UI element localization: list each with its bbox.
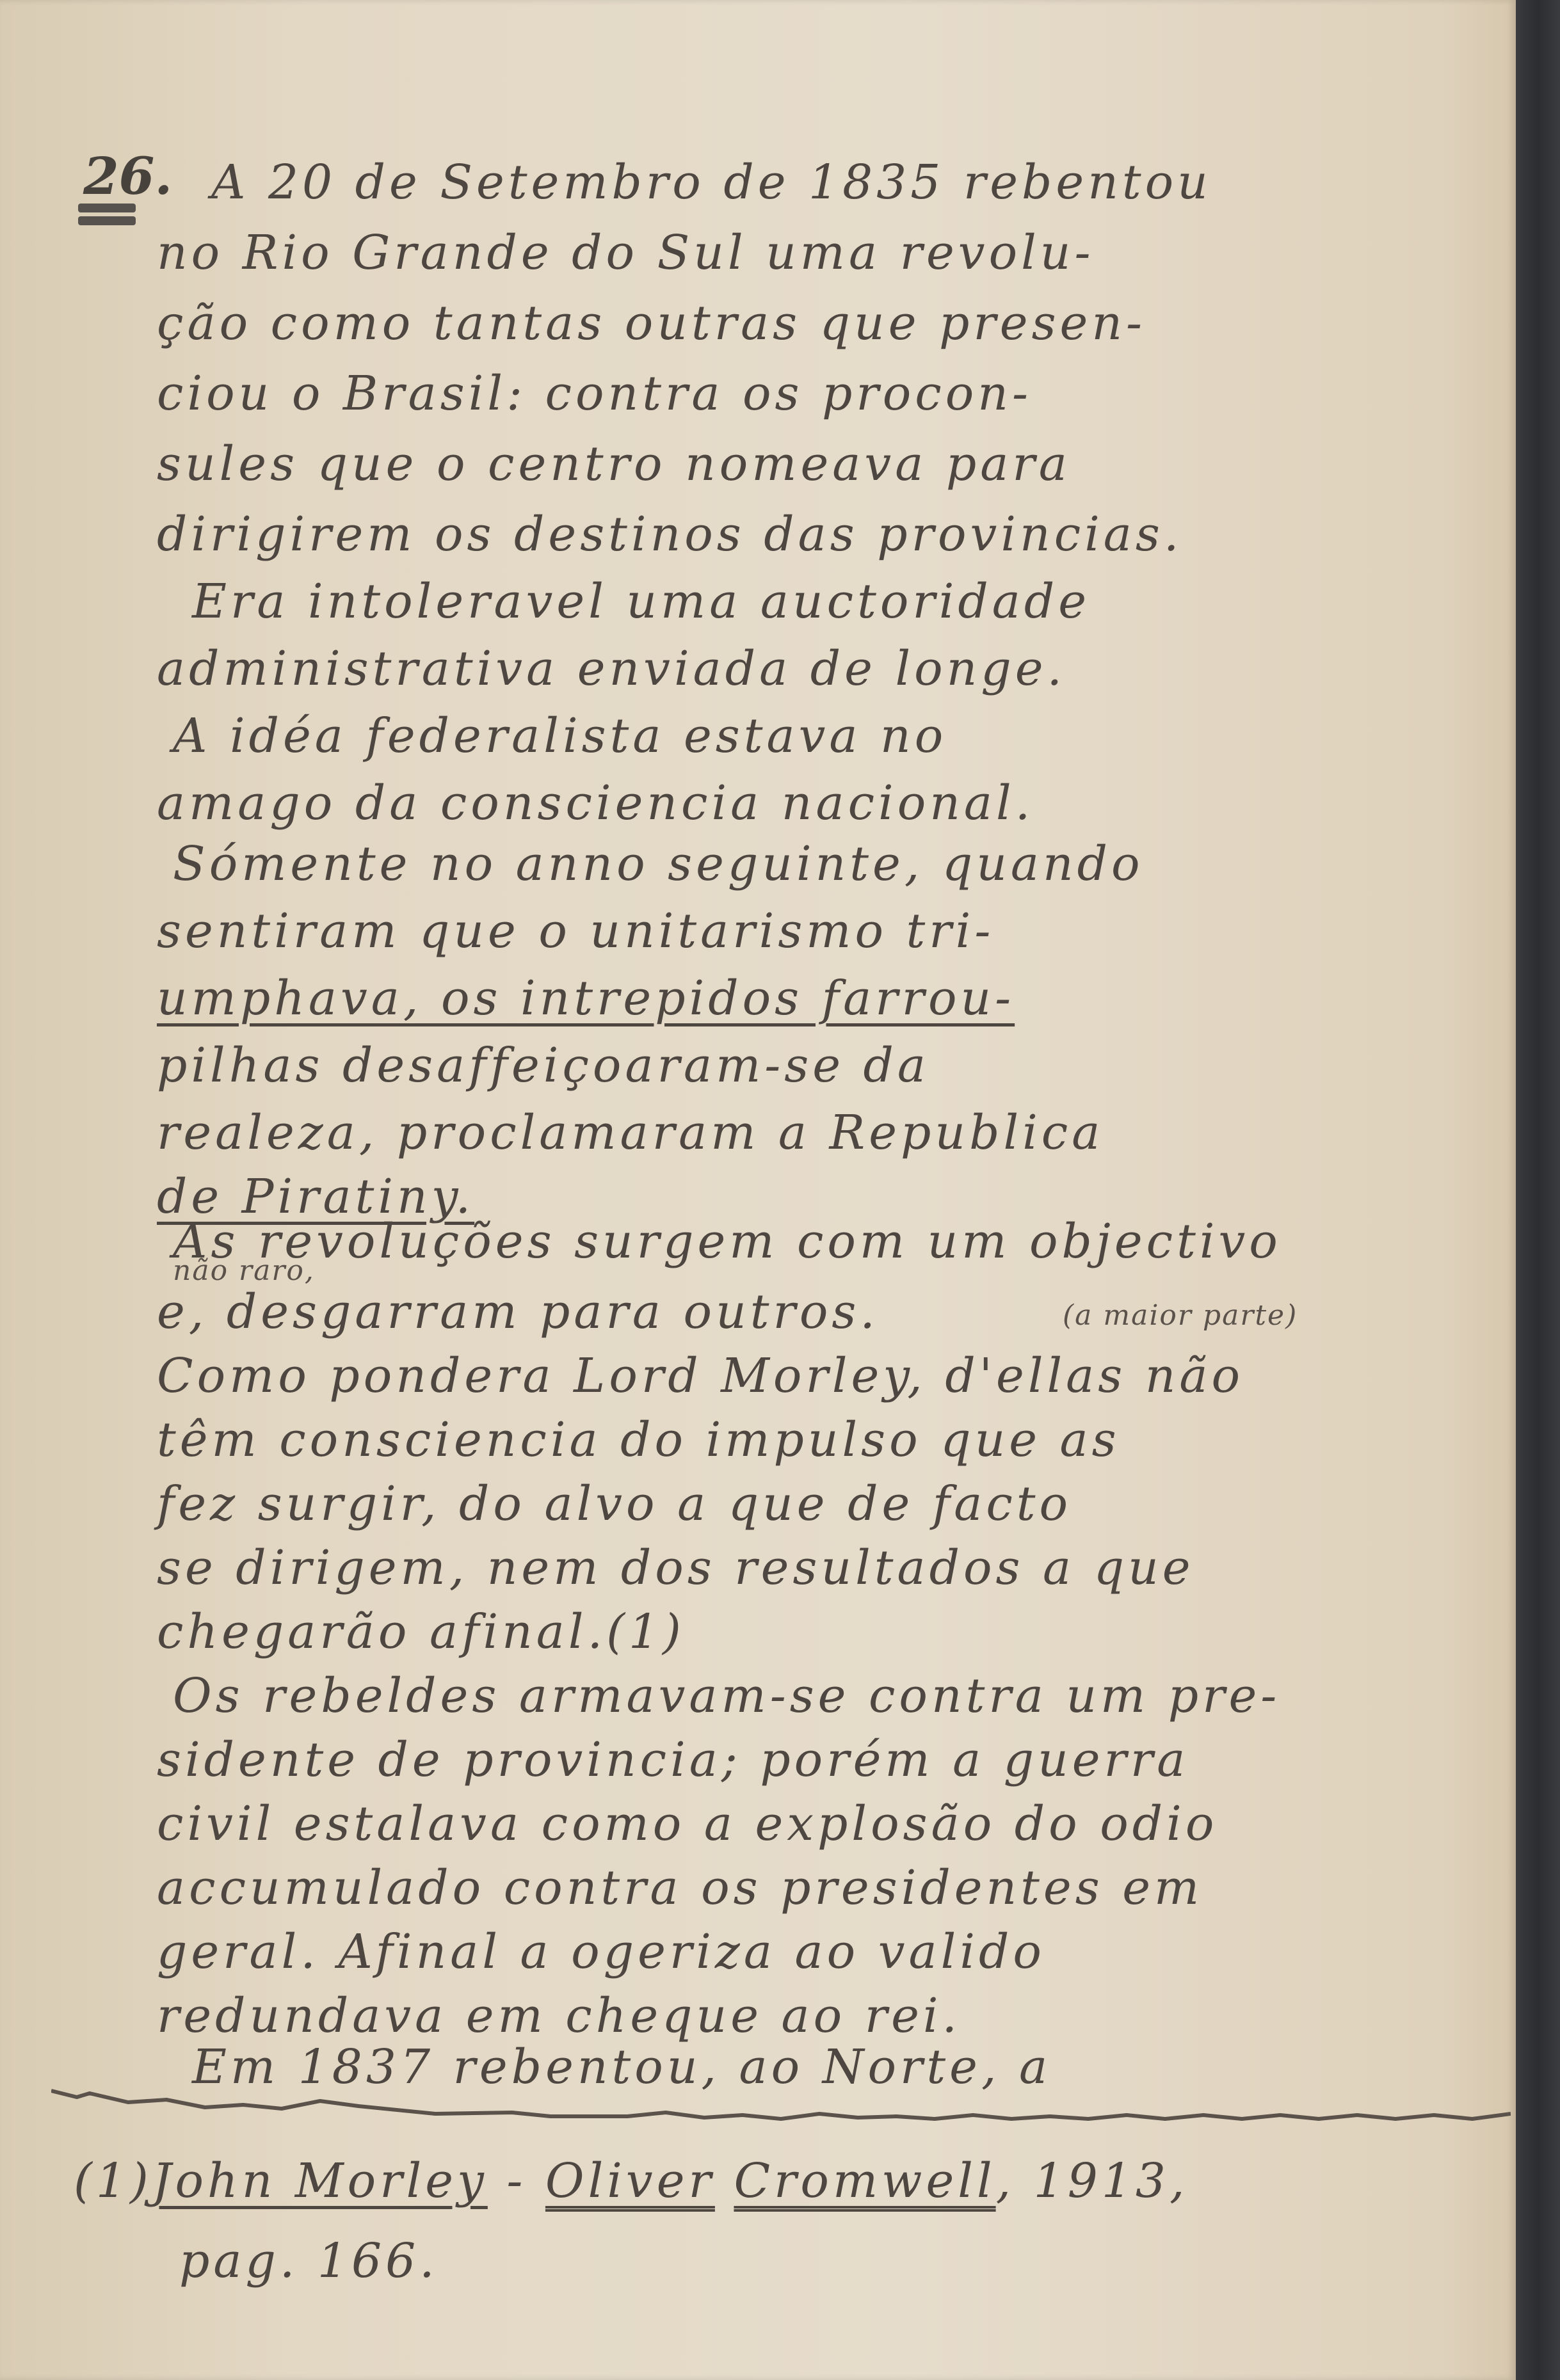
footnote-line-1: (1)John Morley - Oliver Cromwell, 1913,: [74, 2153, 1189, 2208]
paragraph-number-underline-2: [78, 216, 136, 225]
text-line-8: administrativa enviada de longe.: [157, 637, 1458, 701]
footnote-marker: (1): [74, 2153, 152, 2208]
interlinear-insertion-2: (a maior parte): [1063, 1299, 1298, 1332]
text-line-26: civil estalava como a explosão do odio: [157, 1792, 1458, 1856]
paragraph-number: 26.: [83, 146, 172, 206]
text-line-28: geral. Afinal a ogeriza ao valido: [157, 1920, 1458, 1984]
text-line-17: As revoluções surgem com um objectivo: [173, 1210, 1458, 1274]
text-line-21: fez surgir, do alvo a que de facto: [157, 1472, 1458, 1536]
text-line-3: ção como tantas outras que presen-: [157, 291, 1458, 355]
manuscript-page: 26. A 20 de Setembro de 1835 rebentou no…: [0, 0, 1516, 2380]
text-line-22: se dirigem, nem dos resultados a que: [157, 1536, 1458, 1600]
text-line-12: sentiram que o unitarismo tri-: [157, 899, 1458, 963]
text-line-2: no Rio Grande do Sul uma revolu-: [157, 221, 1458, 285]
text-line-11: Sómente no anno seguinte, quando: [173, 832, 1458, 896]
text-line-6: dirigirem os destinos das provincias.: [157, 502, 1458, 566]
text-line-5: sules que o centro nomeava para: [157, 432, 1458, 496]
text-line-19: Como pondera Lord Morley, d'ellas não: [157, 1344, 1458, 1408]
footnote-title-cromwell: Cromwell: [734, 2153, 995, 2208]
footnote-line-2: pag. 166.: [179, 2233, 438, 2288]
paragraph-number-underline: [78, 204, 136, 212]
footnote-year: , 1913,: [996, 2153, 1189, 2208]
text-line-27: accumulado contra os presidentes em: [157, 1856, 1458, 1920]
book-binding-edge: [1516, 0, 1560, 2380]
text-line-4: ciou o Brasil: contra os procon-: [157, 362, 1458, 426]
text-line-25: sidente de provincia; porém a guerra: [157, 1728, 1458, 1792]
footnote-separator: -: [488, 2153, 545, 2208]
text-line-1: A 20 de Setembro de 1835 rebentou: [211, 150, 1458, 214]
text-line-15: realeza, proclamaram a Republica: [157, 1101, 1458, 1165]
text-line-13: umphava, os intrepidos farrou-: [157, 966, 1458, 1030]
footnote-divider: [51, 2083, 1511, 2121]
text-line-7: Era intoleravel uma auctoridade: [192, 570, 1458, 634]
footnote-author: John Morley: [152, 2153, 488, 2208]
text-line-23: chegarão afinal.(1): [157, 1600, 1458, 1664]
text-line-20: têm consciencia do impulso que as: [157, 1408, 1458, 1472]
text-line-9: A idéa federalista estava no: [173, 704, 1458, 768]
text-line-14: pilhas desaffeiçoaram-se da: [157, 1034, 1458, 1098]
text-line-24: Os rebeldes armavam-se contra um pre-: [173, 1664, 1458, 1728]
footnote-title-oliver: Oliver: [545, 2153, 715, 2208]
text-line-10: amago da consciencia nacional.: [157, 771, 1458, 835]
